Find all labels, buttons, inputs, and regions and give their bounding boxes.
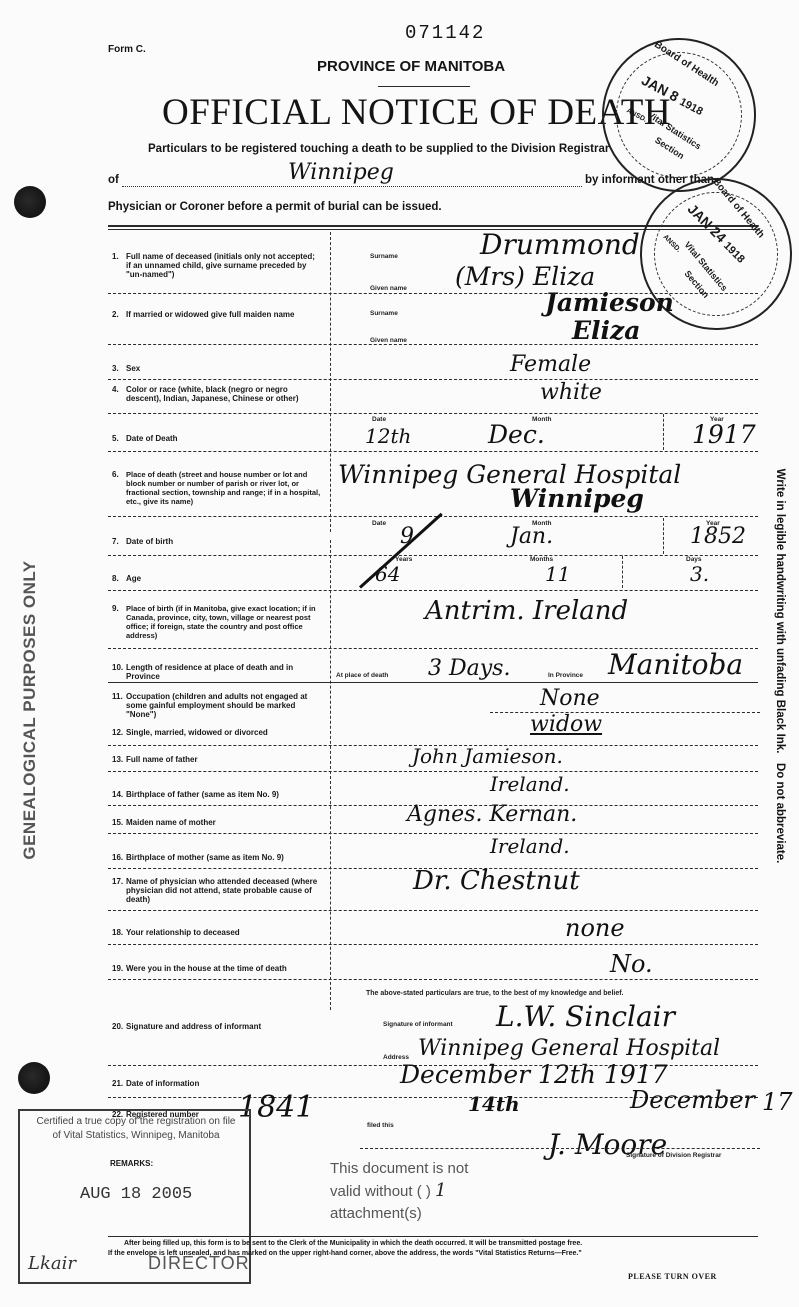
filed-day-value: 14th	[468, 1092, 520, 1116]
maiden-given-name: Eliza	[572, 316, 640, 345]
field-number: 2.	[112, 310, 119, 319]
mother-birthplace-value: Ireland.	[490, 834, 570, 858]
instructions-line-1: Particulars to be registered touching a …	[148, 143, 609, 155]
row-divider	[108, 344, 758, 345]
informant-address: Winnipeg General Hospital	[418, 1036, 720, 1061]
column-divider	[330, 540, 331, 1010]
field-number: 12.	[112, 728, 123, 737]
field-17-label: Name of physician who attended deceased …	[126, 877, 322, 904]
mother-maiden-name-value: Agnes. Kernan.	[407, 802, 577, 827]
attachment-notice: This document is not valid without ( ) 1…	[330, 1158, 468, 1225]
division-value: Winnipeg	[288, 160, 394, 185]
relationship-value: none	[565, 914, 625, 942]
deceased-given-name: (Mrs) Eliza	[455, 262, 595, 291]
instructions-line-2: Physician or Coroner before a permit of …	[108, 201, 442, 213]
field-3-label: Sex	[126, 364, 140, 373]
occupation-value: None	[540, 686, 600, 711]
divider	[378, 86, 470, 87]
serial-number: 071142	[405, 22, 485, 44]
field-14-label: Birthplace of father (same as item No. 9…	[126, 790, 279, 799]
field-number: 3.	[112, 364, 119, 373]
residence-in-province: Manitoba	[608, 648, 743, 681]
director-signature: Lkair	[28, 1253, 76, 1274]
date-of-information-value: December 12th 1917	[400, 1060, 668, 1089]
given-name-label: Given name	[370, 337, 407, 344]
maiden-surname: Jamieson	[545, 288, 674, 317]
field-19-label: Were you in the house at the time of dea…	[126, 964, 287, 973]
field-4-label: Color or race (white, black (negro or ne…	[126, 385, 322, 403]
field-9-label: Place of birth (if in Manitoba, give exa…	[126, 604, 322, 640]
field-number: 21.	[112, 1079, 123, 1088]
marital-status-value: widow	[530, 712, 602, 737]
death-date: 12th	[365, 424, 411, 448]
punch-hole	[18, 1062, 50, 1094]
attachment-line-3: attachment(s)	[330, 1203, 468, 1225]
field-16-label: Birthplace of mother (same as item No. 9…	[126, 853, 284, 862]
footer-divider	[108, 1236, 758, 1237]
remarks-label: REMARKS:	[110, 1159, 153, 1168]
certification-date: AUG 18 2005	[80, 1185, 192, 1204]
surname-label: Surname	[370, 253, 398, 260]
field-6-label: Place of death (street and house number …	[126, 470, 322, 506]
registrar-signature-label: Signature of Division Registrar	[626, 1152, 721, 1159]
age-years: 64	[375, 562, 400, 586]
row-divider	[108, 910, 758, 911]
certification-line-1: Certified a true copy of the registratio…	[26, 1116, 246, 1128]
field-number: 6.	[112, 470, 119, 479]
field-2-label: If married or widowed give full maiden n…	[126, 310, 322, 319]
birthplace-value: Antrim. Ireland	[425, 596, 628, 626]
row-divider	[108, 451, 758, 452]
division-line	[122, 186, 582, 187]
field-number: 9.	[112, 604, 119, 613]
of-label: of	[108, 174, 119, 186]
row-divider	[108, 833, 758, 834]
given-name-label: Given name	[370, 285, 407, 292]
date-label: Date	[372, 416, 386, 423]
field-number: 7.	[112, 537, 119, 546]
age-months: 11	[545, 562, 570, 586]
field-number: 18.	[112, 928, 123, 937]
column-divider	[330, 232, 331, 532]
footer-line-1: After being filled up, this form is to b…	[124, 1240, 582, 1247]
certification-line-2: of Vital Statistics, Winnipeg, Manitoba	[26, 1130, 246, 1141]
attachment-line-1: This document is not	[330, 1158, 468, 1180]
death-month: Dec.	[488, 420, 545, 449]
field-1-label: Full name of deceased (initials only not…	[126, 252, 322, 279]
filed-this-label: filed this	[367, 1122, 394, 1129]
field-number: 5.	[112, 434, 119, 443]
physician-value: Dr. Chestnut	[413, 866, 580, 896]
row-divider	[108, 379, 758, 380]
in-province-label: In Province	[548, 672, 583, 679]
row-divider	[108, 944, 758, 945]
ink-instruction: Write in legible handwriting with unfadi…	[774, 396, 786, 936]
field-number: 13.	[112, 755, 123, 764]
row-divider	[108, 413, 758, 414]
footer-line-2: If the envelope is left unsealed, and ha…	[108, 1250, 582, 1257]
place-of-death-line-2: Winnipeg	[510, 484, 644, 513]
field-number: 14.	[112, 790, 123, 799]
row-divider	[108, 682, 758, 683]
attachment-line-2: valid without ( ) 1	[330, 1180, 468, 1203]
field-7-label: Date of birth	[126, 537, 173, 546]
informant-signature: L.W. Sinclair	[496, 1000, 675, 1033]
field-number: 11.	[112, 692, 123, 701]
birth-month: Jan.	[510, 524, 553, 549]
field-21-label: Date of information	[126, 1079, 199, 1088]
birth-year: 1852	[690, 524, 746, 549]
please-turn-over: PLEASE TURN OVER	[628, 1272, 717, 1281]
field-8-label: Age	[126, 574, 141, 583]
row-divider	[108, 555, 758, 556]
field-number: 1.	[112, 252, 119, 261]
column-divider	[663, 414, 664, 450]
province-heading: PROVINCE OF MANITOBA	[317, 58, 505, 75]
date-label: Date	[372, 520, 386, 527]
row-divider	[108, 771, 758, 772]
row-divider	[360, 1148, 760, 1149]
certification-stamp: Certified a true copy of the registratio…	[18, 1109, 251, 1284]
death-year: 1917	[692, 420, 756, 449]
field-20-label: Signature and address of informant	[126, 1022, 261, 1031]
row-divider	[108, 590, 758, 591]
field-18-label: Your relationship to deceased	[126, 928, 240, 937]
surname-label: Surname	[370, 310, 398, 317]
attachment-count: 1	[435, 1180, 446, 1201]
residence-at-place: 3 Days.	[428, 656, 510, 681]
sex-value: Female	[510, 352, 591, 377]
row-divider	[108, 516, 758, 517]
genealogical-watermark: GENEALOGICAL PURPOSES ONLY	[20, 510, 40, 910]
at-place-of-death-label: At place of death	[336, 672, 388, 679]
filed-year-value: 17	[762, 1088, 793, 1116]
field-number: 15.	[112, 818, 123, 827]
father-name-value: John Jamieson.	[412, 744, 563, 768]
field-number: 10.	[112, 663, 123, 672]
field-10-label: Length of residence at place of death an…	[126, 663, 322, 681]
field-13-label: Full name of father	[126, 755, 198, 764]
race-value: white	[540, 380, 602, 405]
field-11-label: Occupation (children and adults not enga…	[126, 692, 322, 719]
filed-month-value: December	[630, 1086, 755, 1114]
field-number: 4.	[112, 385, 119, 394]
field-number: 16.	[112, 853, 123, 862]
field-number: 19.	[112, 964, 123, 973]
present-at-death-value: No.	[610, 950, 653, 978]
age-days: 3.	[690, 562, 709, 586]
column-divider	[622, 556, 623, 588]
attestation-text: The above-stated particulars are true, t…	[366, 990, 624, 997]
signature-of-informant-label: Signature of informant	[383, 1021, 453, 1028]
row-divider	[108, 979, 758, 980]
column-divider	[663, 518, 664, 554]
deceased-surname: Drummond	[480, 228, 640, 261]
document-title: OFFICIAL NOTICE OF DEATH	[162, 91, 671, 134]
field-15-label: Maiden name of mother	[126, 818, 216, 827]
punch-hole	[14, 186, 46, 218]
field-number: 17.	[112, 877, 123, 886]
field-number: 8.	[112, 574, 119, 583]
father-birthplace-value: Ireland.	[490, 772, 570, 796]
form-label: Form C.	[108, 44, 146, 55]
field-number: 20.	[112, 1022, 123, 1031]
field-5-label: Date of Death	[126, 434, 178, 443]
field-12-label: Single, married, widowed or divorced	[126, 728, 268, 737]
